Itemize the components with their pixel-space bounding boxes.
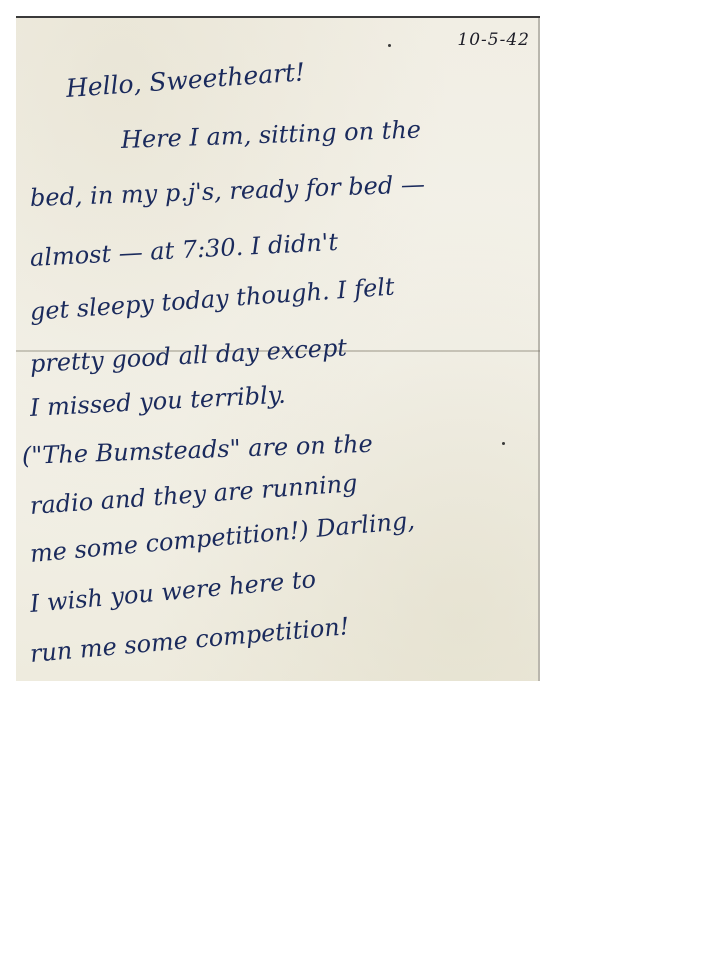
letter-line: almost — at 7:30. I didn't	[29, 228, 338, 272]
letter-line: pretty good all day except	[29, 333, 347, 378]
letter-line: get sleepy today though. I felt	[29, 273, 395, 326]
letter-body: Hello, Sweetheart! Here I am, sitting on…	[16, 16, 540, 681]
letter-line: I missed you terribly.	[29, 381, 286, 422]
letter-line: Here I am, sitting on the	[121, 116, 422, 154]
letter-sheet: 10-5-42 Hello, Sweetheart! Here I am, si…	[16, 16, 540, 681]
letter-line: I wish you were here to	[29, 565, 317, 618]
letter-line: bed, in my p.j's, ready for bed —	[30, 170, 426, 212]
letter-line: radio and they are running	[29, 469, 358, 520]
letter-greeting: Hello, Sweetheart!	[65, 57, 306, 103]
letter-line: run me some competition!	[29, 612, 351, 668]
letter-line: ("The Bumsteads" are on the	[22, 430, 374, 470]
